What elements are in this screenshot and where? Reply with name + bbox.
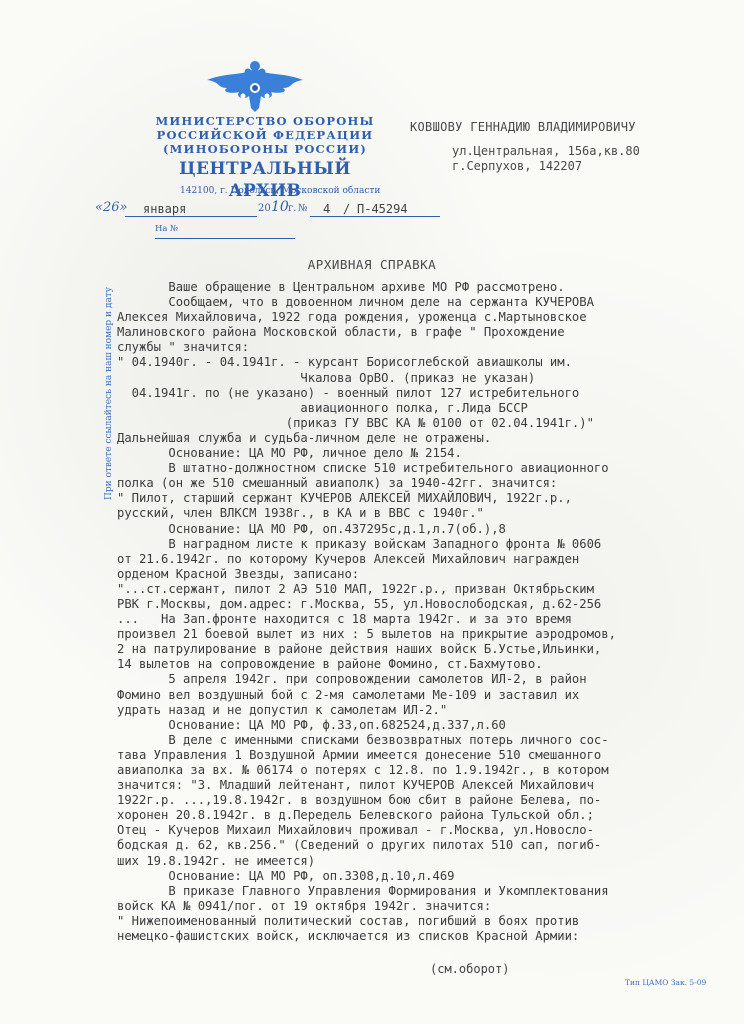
body-line: Ваше обращение в Центральном архиве МО Р… bbox=[117, 280, 717, 295]
body-line: русский, член ВЛКСМ 1938г., в КА и в ВВС… bbox=[117, 506, 717, 521]
body-line: Основание: ЦА МО РФ, личное дело № 2154. bbox=[117, 446, 717, 461]
body-line: (приказ ГУ ВВС КА № 0100 от 02.04.1941г.… bbox=[117, 416, 717, 431]
body-line: ... На Зап.фронте находится с 18 марта 1… bbox=[117, 612, 717, 627]
body-line: Дальнейшая служба и судьба-личном деле н… bbox=[117, 431, 717, 446]
body-line: РВК г.Москвы, дом.адрес: г.Москва, 55, у… bbox=[117, 597, 717, 612]
body-line: Отец - Кучеров Михаил Михайлович прожива… bbox=[117, 823, 717, 838]
recipient-city: г.Серпухов, 142207 bbox=[452, 159, 640, 174]
registration-number-label: № bbox=[298, 203, 307, 214]
registration-year-suffix: 10 bbox=[271, 199, 289, 215]
body-line: произвел 21 боевой вылет из них : 5 выле… bbox=[117, 627, 717, 642]
body-line: войск КА № 0941/пог. от 19 октября 1942г… bbox=[117, 899, 717, 914]
reference-label: На № bbox=[155, 224, 178, 234]
body-line: Малиновского района Московской области, … bbox=[117, 325, 717, 340]
registration-year-prefix: 20 bbox=[258, 203, 271, 214]
body-line: В наградном листе к приказу войскам Запа… bbox=[117, 537, 717, 552]
body-line: Основание: ЦА МО РФ, оп.437295с,д.1,л.7(… bbox=[117, 522, 717, 537]
body-line: 2 на патрулирование в районе действия на… bbox=[117, 642, 717, 657]
registration-year-label: г. bbox=[288, 203, 296, 214]
body-line: Фомино вел воздушный бой с 2-мя самолета… bbox=[117, 688, 717, 703]
body-line: хоронен 20.8.1942г. в д.Передель Белевск… bbox=[117, 808, 717, 823]
reference-number-line: На № bbox=[155, 224, 295, 239]
body-line: бодская д. 62, кв.256." (Сведений о друг… bbox=[117, 838, 717, 853]
body-line: " Пилот, старший сержант КУЧЕРОВ АЛЕКСЕЙ… bbox=[117, 491, 717, 506]
body-line: Чкалова ОрВО. (приказ не указан) bbox=[117, 371, 717, 386]
body-line: 5 апреля 1942г. при сопровождении самоле… bbox=[117, 672, 717, 687]
body-line: Основание: ЦА МО РФ, оп.3308,д.10,л.469 bbox=[117, 869, 717, 884]
body-line: 14 вылетов на сопровождение в районе Фом… bbox=[117, 657, 717, 672]
body-line: полка (он же 510 смешанный авиаполк) за … bbox=[117, 476, 717, 491]
double-headed-eagle-emblem-icon bbox=[205, 58, 305, 114]
body-line: немецко-фашистских войск, исключается из… bbox=[117, 929, 717, 944]
body-line: "...ст.сержант, пилот 2 АЭ 510 МАП, 1922… bbox=[117, 582, 717, 597]
recipient-street: ул.Центральная, 156а,кв.80 bbox=[452, 144, 640, 159]
archive-address: 142100, г. Подольск, Московской области bbox=[180, 186, 380, 196]
body-line: Сообщаем, что в довоенном личном деле на… bbox=[117, 295, 717, 310]
body-line: авиационного полка, г.Лида БССР bbox=[117, 401, 717, 416]
ministry-line: МИНИСТЕРСТВО ОБОРОНЫ bbox=[140, 114, 390, 128]
body-line: авиаполка за вх. № 06174 о потерях с 12.… bbox=[117, 763, 717, 778]
margin-note: При ответе ссылайтесь на наш номер и дат… bbox=[104, 287, 114, 500]
registration-month: января bbox=[143, 202, 186, 216]
body-line: удрать назад и не допустил к самолетам И… bbox=[117, 703, 717, 718]
body-line: орденом Красной Звезды, записано: bbox=[117, 567, 717, 582]
body-line: В штатно-должностном списке 510 истребит… bbox=[117, 461, 717, 476]
body-line: ших 19.8.1942г. не имеется) bbox=[117, 854, 717, 869]
body-line: 04.1941г. по (не указано) - военный пило… bbox=[117, 386, 717, 401]
overleaf-note: (см.оборот) bbox=[430, 962, 509, 976]
registration-number-part2: П-45294 bbox=[357, 202, 408, 216]
document-title: АРХИВНАЯ СПРАВКА bbox=[0, 257, 744, 272]
body-line: В приказе Главного Управления Формирован… bbox=[117, 884, 717, 899]
body-line: службы " значится: bbox=[117, 340, 717, 355]
registration-separator: / bbox=[343, 202, 350, 216]
registration-day: «26» bbox=[95, 200, 127, 215]
body-line: от 21.6.1942г. по которому Кучеров Алекс… bbox=[117, 552, 717, 567]
body-line: тава Управления 1 Воздушной Армии имеетс… bbox=[117, 748, 717, 763]
document-body: Ваше обращение в Центральном архиве МО Р… bbox=[117, 280, 717, 944]
recipient-name: КОВШОВУ ГЕННАДИЮ ВЛАДИМИРОВИЧУ bbox=[410, 120, 636, 134]
body-line: Алексея Михайловича, 1922 года рождения,… bbox=[117, 310, 717, 325]
print-mark: Тип ЦАМО Зак. 5-09 bbox=[625, 978, 706, 987]
body-line: В деле с именными списками безвозвратных… bbox=[117, 733, 717, 748]
document-page: МИНИСТЕРСТВО ОБОРОНЫ РОССИЙСКОЙ ФЕДЕРАЦИ… bbox=[0, 0, 744, 1024]
registration-line: «26» января 20 10 г. № 4 / П-45294 bbox=[95, 200, 445, 220]
registration-number-part1: 4 bbox=[323, 202, 330, 216]
body-line: 1922г.р. ...,19.8.1942г. в воздушном бою… bbox=[117, 793, 717, 808]
body-line: значится: "3. Младший лейтенант, пилот К… bbox=[117, 778, 717, 793]
body-line: Основание: ЦА МО РФ, ф.33,оп.682524,д.33… bbox=[117, 718, 717, 733]
ministry-short-line: (МИНОБОРОНЫ РОССИИ) bbox=[140, 142, 390, 156]
recipient-address: ул.Центральная, 156а,кв.80 г.Серпухов, 1… bbox=[452, 144, 640, 174]
body-line: " Нижепоименованный политический состав,… bbox=[117, 914, 717, 929]
body-line: " 04.1940г. - 04.1941г. - курсант Борисо… bbox=[117, 355, 717, 370]
federation-line: РОССИЙСКОЙ ФЕДЕРАЦИИ bbox=[140, 128, 390, 142]
